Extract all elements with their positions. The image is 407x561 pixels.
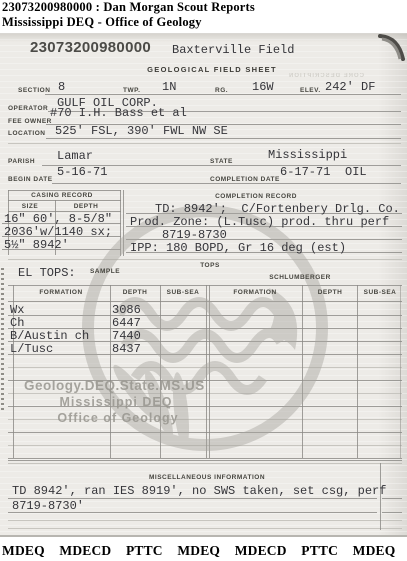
formation-cell: Ch [10, 317, 24, 329]
rule [8, 520, 402, 521]
rule [45, 94, 401, 95]
fee-owner-value: #70 I.H. Bass et al [50, 107, 187, 119]
table-border [357, 285, 358, 458]
subsea-header-left: SUB-SEA [167, 289, 200, 296]
rule [8, 190, 121, 191]
tops-title: TOPS [200, 262, 220, 269]
casing-row: 5½" 8942' [4, 239, 69, 251]
api-number: 23073200980000 [30, 39, 151, 56]
depth-cell: 6447 [112, 317, 141, 329]
misc-line: TD 8942', ran IES 8919', no SWS taken, s… [12, 485, 386, 497]
state-value: Mississippi [268, 149, 347, 161]
casing-size-header: SIZE [22, 203, 38, 210]
completion-date-label: COMPLETION DATE [210, 176, 280, 183]
field-name: Baxterville Field [172, 44, 294, 56]
twp-value: 1N [162, 81, 176, 93]
completion-line: TD: 8942'; C/Fortenbery Drlg. Co. [155, 203, 400, 215]
parish-value: Lamar [57, 150, 93, 162]
rule [46, 138, 401, 139]
rule [8, 143, 401, 144]
formation-header-left: FORMATION [39, 289, 82, 296]
depth-cell: 3086 [112, 304, 141, 316]
begin-date-label: BEGIN DATE [8, 176, 53, 183]
table-border [400, 285, 401, 458]
misc-line: 8719-8730' [12, 500, 84, 512]
elev-value: 242' DF [325, 81, 375, 93]
rule [8, 463, 402, 464]
report-header: 23073200980000 : Dan Morgan Scout Report… [0, 0, 407, 33]
bleed-through-text: CORE DESCRIPTION [288, 73, 364, 79]
rule [8, 528, 402, 529]
subsea-header-right: SUB-SEA [364, 289, 397, 296]
completion-record-title: COMPLETION RECORD [215, 193, 297, 200]
completion-line: IPP: 180 BOPD, Gr 16 deg (est) [130, 242, 346, 254]
location-value: 525' FSL, 390' FWL NW SE [55, 125, 228, 137]
depth-cell: 8437 [112, 343, 141, 355]
depth-cell: 7440 [112, 330, 141, 342]
footer-stamps: MDEQ MDECD PTTC MDEQ MDECD PTTC MDEQ MDE… [0, 540, 407, 561]
watermark-office: Office of Geology [57, 411, 178, 425]
sample-title: SAMPLE [90, 268, 120, 275]
formation-cell: L/Tusc [10, 343, 53, 355]
fee-owner-label: FEE OWNER [8, 118, 52, 125]
casing-record-title: CASING RECORD [31, 192, 93, 199]
formation-cell: B/Austin ch [10, 330, 89, 342]
page-curl-artifact [368, 33, 407, 65]
misc-title: MISCELLANEOUS INFORMATION [149, 474, 265, 481]
completion-date-value: 6-17-71 [280, 166, 330, 178]
sheet-title: GEOLOGICAL FIELD SHEET [147, 65, 277, 74]
section-label: SECTION [18, 87, 50, 94]
rg-label: RG. [215, 87, 228, 94]
depth-header-right: DEPTH [318, 289, 343, 296]
schlumberger-title: SCHLUMBERGER [269, 274, 331, 281]
rule [52, 183, 401, 184]
formation-cell: Wx [10, 304, 24, 316]
paper-bottom-edge [0, 535, 407, 537]
section-value: 8 [58, 81, 65, 93]
completion-line: 8719-8730 [162, 229, 227, 241]
rule [382, 498, 402, 499]
scanned-field-sheet: 23073200980000 Baxterville Field GEOLOGI… [0, 33, 407, 537]
state-label: STATE [210, 158, 233, 165]
rule [8, 460, 402, 461]
well-type-value: OIL [345, 166, 367, 178]
completion-line: Prod. Zone: (L.Tusc) prod. thru perf [130, 216, 389, 228]
begin-date-value: 5-16-71 [57, 166, 107, 178]
margin-microtext-artifact [1, 268, 4, 413]
parish-label: PARISH [8, 158, 35, 165]
watermark-url: Geology.DEQ.State.MS.US [24, 378, 205, 393]
location-label: LOCATION [8, 130, 45, 137]
casing-row: 16" 60', 8-5/8" [4, 213, 112, 225]
el-tops-note: EL TOPS: [18, 267, 76, 279]
operator-label: OPERATOR [8, 105, 48, 112]
report-subtitle: Mississippi DEQ - Office of Geology [0, 15, 407, 30]
elev-label: ELEV. [300, 87, 321, 94]
depth-header-left: DEPTH [123, 289, 148, 296]
rule [382, 512, 402, 513]
casing-row: 2036'w/1140 sx; [4, 226, 112, 238]
formation-header-right: FORMATION [233, 289, 276, 296]
casing-depth-header: DEPTH [74, 203, 99, 210]
twp-label: TWP. [123, 87, 140, 94]
watermark-org: Mississippi DEQ [60, 395, 173, 409]
report-title: 23073200980000 : Dan Morgan Scout Report… [0, 0, 407, 15]
rg-value: 16W [252, 81, 274, 93]
